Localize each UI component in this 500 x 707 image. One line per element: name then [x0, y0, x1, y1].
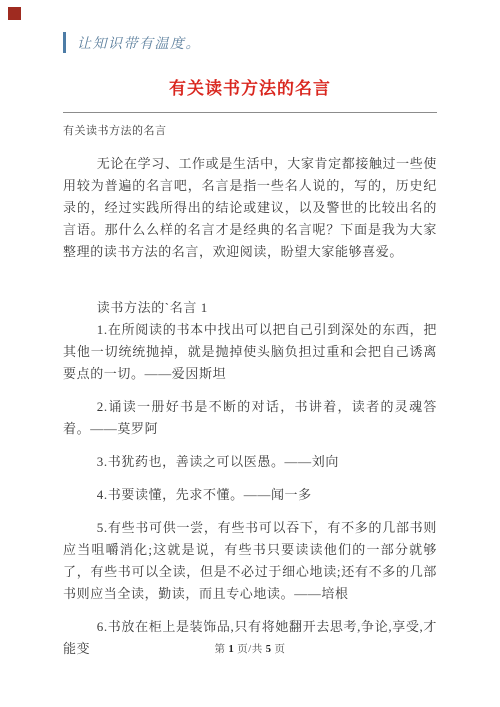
title-divider — [63, 112, 437, 113]
document-title: 有关读书方法的名言 — [63, 74, 437, 99]
quote-2: 2.诵读一册好书是不断的对话，书讲着，读者的灵魂答着。——莫罗阿 — [63, 396, 437, 440]
intro-paragraph: 无论在学习、工作或是生活中，大家肯定都接触过一些使用较为普遍的名言吧，名言是指一… — [63, 153, 437, 263]
header-tagline-row: 让知识带有温度。 — [63, 32, 437, 53]
corner-mark-square — [8, 7, 21, 20]
quote-3: 3.书犹药也，善读之可以医愚。——刘向 — [63, 451, 437, 473]
tagline-text: 让知识带有温度。 — [77, 33, 201, 53]
document-body: 无论在学习、工作或是生活中，大家肯定都接触过一些使用较为普遍的名言吧，名言是指一… — [63, 153, 437, 660]
page-content: 让知识带有温度。 有关读书方法的名言 有关读书方法的名言 无论在学习、工作或是生… — [63, 0, 437, 660]
tagline-accent-bar — [63, 32, 66, 53]
footer-label-mid: 页/共 — [237, 644, 262, 655]
section-heading: 读书方法的`名言 1 — [63, 297, 437, 319]
footer-current-page-number: 1 — [229, 644, 235, 655]
document-subtitle: 有关读书方法的名言 — [63, 122, 437, 138]
document-page: 让知识带有温度。 有关读书方法的名言 有关读书方法的名言 无论在学习、工作或是生… — [0, 0, 500, 707]
page-footer: 第1页/共5页 — [0, 641, 500, 656]
quote-5: 5.有些书可供一尝，有些书可以吞下，有不多的几部书则应当咀嚼消化;这就是说，有些… — [63, 517, 437, 605]
footer-label-ye: 页 — [274, 644, 285, 655]
footer-total-page-number: 5 — [266, 644, 272, 655]
footer-label-di: 第 — [215, 644, 226, 655]
quote-1: 1.在所阅读的书本中找出可以把自己引到深处的东西，把其他一切统统抛掉，就是抛掉使… — [63, 319, 437, 385]
quote-4: 4.书要读懂，先求不懂。——闻一多 — [63, 484, 437, 506]
